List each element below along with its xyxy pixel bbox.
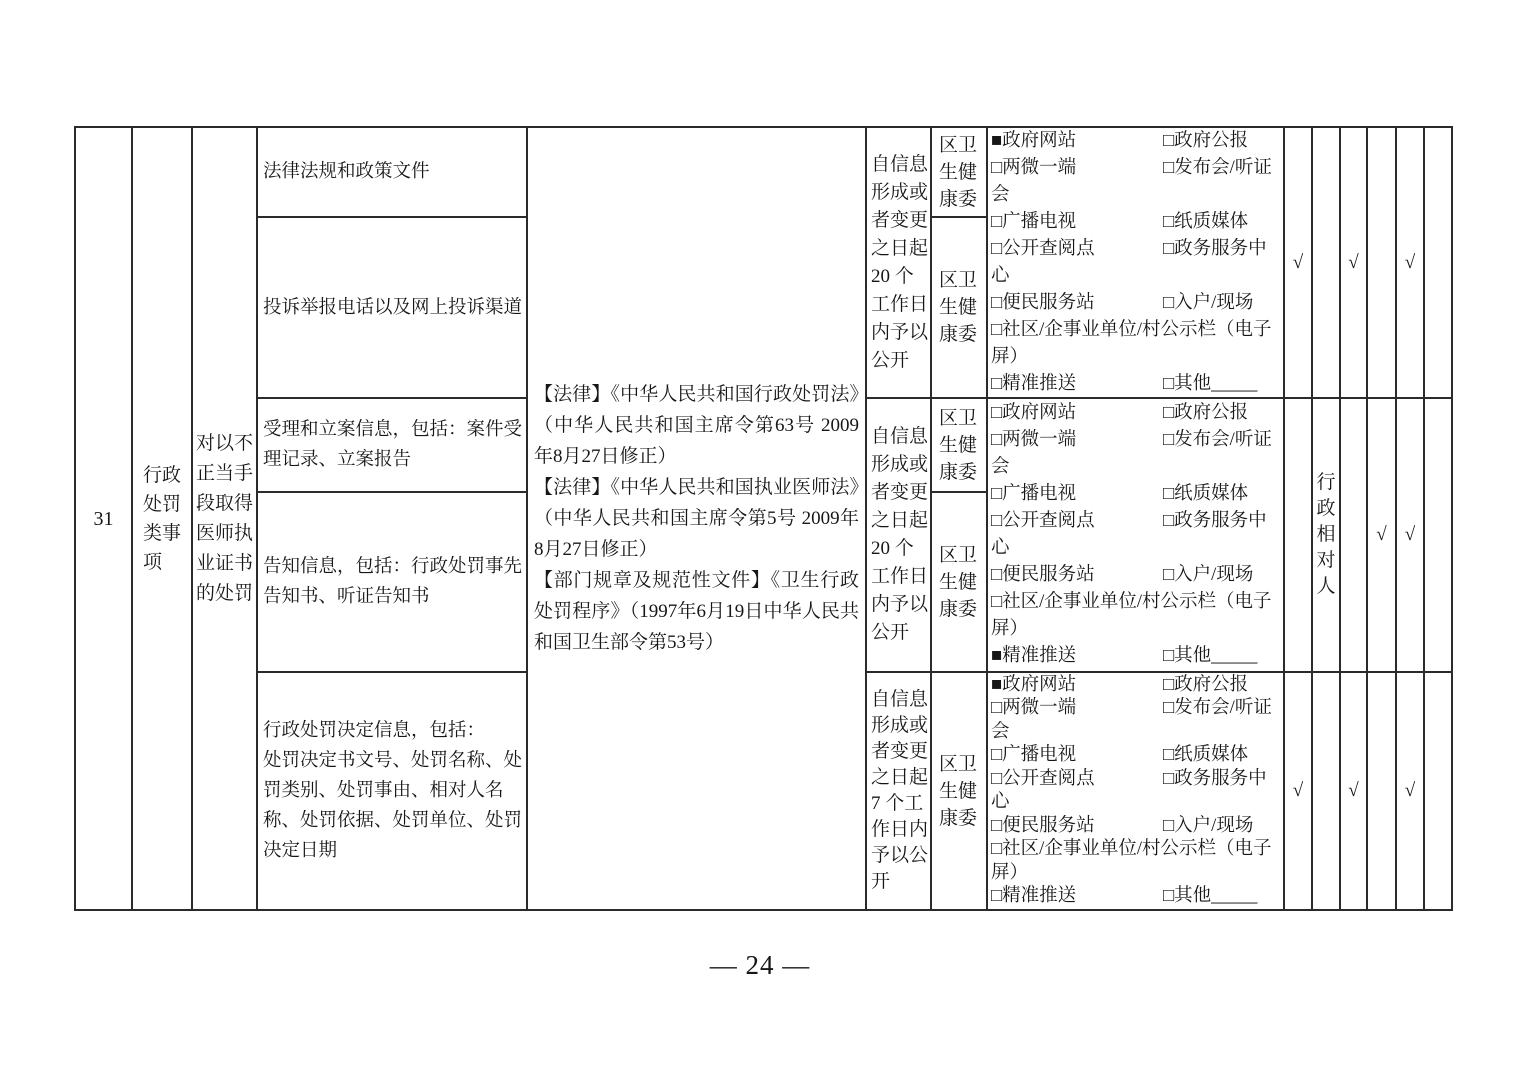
audience-cell: 行政相对人 — [1313, 399, 1341, 673]
channel-line: □精准推送□其他_____ — [991, 885, 1283, 909]
channel-line: □两微一端□发布会/听证 — [991, 155, 1283, 182]
content-cell: 行政处罚决定信息，包括： 处罚决定书文号、处罚名称、处罚类别、处罚事由、相对人名… — [258, 673, 528, 911]
time-limit-cell: 自信息形成或者变更之日起7 个工作日内予以公开 — [867, 673, 932, 911]
channel-option: □入户/现场 — [1163, 815, 1253, 839]
channel-option: □发布会/听证 — [1163, 427, 1272, 454]
empty-mark-cell — [1425, 673, 1453, 911]
checkmark-cell: √ — [1397, 128, 1425, 399]
seq-cell: 31 — [76, 128, 133, 911]
time-limit-cell: 自信息形成或者变更之日起20 个工作日内予以公开 — [867, 128, 932, 399]
channel-line: 屏） — [991, 616, 1283, 643]
channel-option: □公开查阅点 — [991, 769, 1095, 789]
channel-option: □公开查阅点 — [991, 511, 1095, 531]
channel-option: ■政府网站 — [991, 675, 1076, 695]
channel-option: □纸质媒体 — [1163, 744, 1248, 768]
channel-line: 心 — [991, 535, 1283, 562]
item-cell: 对以不正当手段取得医师执业证书的处罚 — [193, 128, 258, 911]
channel-line: □两微一端□发布会/听证 — [991, 697, 1283, 721]
channel-option: 心 — [991, 792, 1010, 812]
checkmark-cell: √ — [1285, 673, 1313, 911]
checkmark-cell: √ — [1397, 399, 1425, 673]
channel-option: □政府公报 — [1163, 400, 1248, 427]
channel-option: □公开查阅点 — [991, 239, 1095, 259]
channels-cell: □政府网站□政府公报□两微一端□发布会/听证会□广播电视□纸质媒体□公开查阅点□… — [988, 399, 1285, 673]
channel-option: □社区/企事业单位/村公示栏（电子 — [991, 592, 1271, 612]
channel-option: □纸质媒体 — [1163, 481, 1248, 508]
channel-line: 屏） — [991, 862, 1283, 886]
channel-option: □两微一端 — [991, 430, 1076, 450]
channel-option: □发布会/听证 — [1163, 155, 1272, 182]
responsible-cell: 区卫生健康委 — [932, 399, 988, 493]
channel-option: 心 — [991, 538, 1010, 558]
channel-line: □广播电视□纸质媒体 — [991, 209, 1283, 236]
channel-line: 心 — [991, 791, 1283, 815]
channel-option: □精准推送 — [991, 374, 1076, 394]
legal-basis-entry: 【法律】《中华人民共和国执业医师法》（中华人民共和国主席令第5号 2009年8月… — [534, 472, 859, 565]
channel-option: □社区/企事业单位/村公示栏（电子 — [991, 320, 1271, 340]
channel-line: □精准推送□其他_____ — [991, 371, 1283, 398]
time-limit-cell: 自信息形成或者变更之日起20 个工作日内予以公开 — [867, 399, 932, 673]
empty-mark-cell — [1341, 399, 1368, 673]
channel-option: □广播电视 — [991, 745, 1076, 765]
channel-option: □两微一端 — [991, 158, 1076, 178]
content-cell: 告知信息，包括：行政处罚事先告知书、听证告知书 — [258, 493, 528, 673]
channels-cell: ■政府网站□政府公报□两微一端□发布会/听证会□广播电视□纸质媒体□公开查阅点□… — [988, 673, 1285, 911]
responsible-cell: 区卫生健康委 — [932, 128, 988, 218]
channel-line: □政府网站□政府公报 — [991, 400, 1283, 427]
page-number: — 24 — — [0, 950, 1520, 981]
checkmark-cell: √ — [1368, 399, 1397, 673]
content-cell: 受理和立案信息，包括：案件受理记录、立案报告 — [258, 399, 528, 493]
channel-option: □两微一端 — [991, 698, 1076, 718]
content-cell: 投诉举报电话以及网上投诉渠道 — [258, 218, 528, 399]
channels-cell: ■政府网站□政府公报□两微一端□发布会/听证会□广播电视□纸质媒体□公开查阅点□… — [988, 128, 1285, 399]
channel-option: □其他_____ — [1163, 643, 1257, 670]
legal-basis-cell: 【法律】《中华人民共和国行政处罚法》（中华人民共和国主席令第63号 2009年8… — [528, 128, 867, 911]
channel-option: □政务服务中 — [1163, 768, 1267, 792]
channel-line: 会 — [991, 182, 1283, 209]
checkmark-cell: √ — [1397, 673, 1425, 911]
channel-option: □精准推送 — [991, 886, 1076, 906]
empty-mark-cell — [1368, 128, 1397, 399]
channel-option: 屏） — [991, 619, 1028, 639]
channel-line: □便民服务站□入户/现场 — [991, 562, 1283, 589]
disclosure-table: 31行政处罚类事项对以不正当手段取得医师执业证书的处罚法律法规和政策文件投诉举报… — [74, 126, 1453, 911]
channel-option: □入户/现场 — [1163, 562, 1253, 589]
channel-option: □政务服务中 — [1163, 236, 1267, 263]
legal-basis-entry: 【部门规章及规范性文件】《卫生行政处罚程序》（1997年6月19日中华人民共和国… — [534, 565, 859, 658]
channel-option: 会 — [991, 722, 1010, 742]
channel-option: 会 — [991, 185, 1010, 205]
channel-option: □广播电视 — [991, 212, 1076, 232]
channel-line: □社区/企事业单位/村公示栏（电子 — [991, 838, 1283, 862]
channel-line: □便民服务站□入户/现场 — [991, 290, 1283, 317]
channel-line: ■政府网站□政府公报 — [991, 128, 1283, 155]
category-cell: 行政处罚类事项 — [133, 128, 193, 911]
channel-line: □社区/企事业单位/村公示栏（电子 — [991, 589, 1283, 616]
channel-line: □广播电视□纸质媒体 — [991, 481, 1283, 508]
empty-mark-cell — [1425, 128, 1453, 399]
channel-line: □公开查阅点□政务服务中 — [991, 768, 1283, 792]
channel-line: 会 — [991, 721, 1283, 745]
channel-line: □广播电视□纸质媒体 — [991, 744, 1283, 768]
channel-line: 会 — [991, 454, 1283, 481]
checkmark-cell: √ — [1341, 673, 1368, 911]
empty-mark-cell — [1313, 673, 1341, 911]
channel-option: □纸质媒体 — [1163, 209, 1248, 236]
channel-option: 屏） — [991, 863, 1028, 883]
channel-option: □政府公报 — [1163, 128, 1248, 155]
channel-option: □社区/企事业单位/村公示栏（电子 — [991, 839, 1271, 859]
channel-line: □社区/企事业单位/村公示栏（电子 — [991, 317, 1283, 344]
channel-option: 屏） — [991, 347, 1028, 367]
empty-mark-cell — [1285, 399, 1313, 673]
empty-mark-cell — [1313, 128, 1341, 399]
channel-option: □政务服务中 — [1163, 508, 1267, 535]
content-cell: 法律法规和政策文件 — [258, 128, 528, 218]
channel-option: □便民服务站 — [991, 816, 1095, 836]
channel-option: □入户/现场 — [1163, 290, 1253, 317]
document-page: 31行政处罚类事项对以不正当手段取得医师执业证书的处罚法律法规和政策文件投诉举报… — [0, 0, 1520, 1074]
empty-mark-cell — [1425, 399, 1453, 673]
checkmark-cell: √ — [1285, 128, 1313, 399]
channel-option: □其他_____ — [1163, 885, 1257, 909]
channel-line: □两微一端□发布会/听证 — [991, 427, 1283, 454]
channel-line: 心 — [991, 263, 1283, 290]
channel-line: □公开查阅点□政务服务中 — [991, 508, 1283, 535]
legal-basis-entry: 【法律】《中华人民共和国行政处罚法》（中华人民共和国主席令第63号 2009年8… — [534, 379, 859, 472]
responsible-cell: 区卫生健康委 — [932, 218, 988, 399]
channel-option: □其他_____ — [1163, 371, 1257, 398]
channel-line: ■政府网站□政府公报 — [991, 674, 1283, 698]
channel-option: 心 — [991, 266, 1010, 286]
channel-option: □广播电视 — [991, 484, 1076, 504]
channel-option: ■政府网站 — [991, 131, 1076, 151]
channel-line: 屏） — [991, 344, 1283, 371]
checkmark-cell: √ — [1341, 128, 1368, 399]
channel-option: ■精准推送 — [991, 646, 1076, 666]
channel-option: □政府公报 — [1163, 674, 1248, 698]
empty-mark-cell — [1368, 673, 1397, 911]
channel-line: □公开查阅点□政务服务中 — [991, 236, 1283, 263]
channel-option: □发布会/听证 — [1163, 697, 1272, 721]
channel-option: 会 — [991, 457, 1010, 477]
channel-option: □便民服务站 — [991, 293, 1095, 313]
channel-line: ■精准推送□其他_____ — [991, 643, 1283, 670]
channel-option: □政府网站 — [991, 403, 1076, 423]
responsible-cell: 区卫生健康委 — [932, 673, 988, 911]
channel-line: □便民服务站□入户/现场 — [991, 815, 1283, 839]
responsible-cell: 区卫生健康委 — [932, 493, 988, 673]
channel-option: □便民服务站 — [991, 565, 1095, 585]
